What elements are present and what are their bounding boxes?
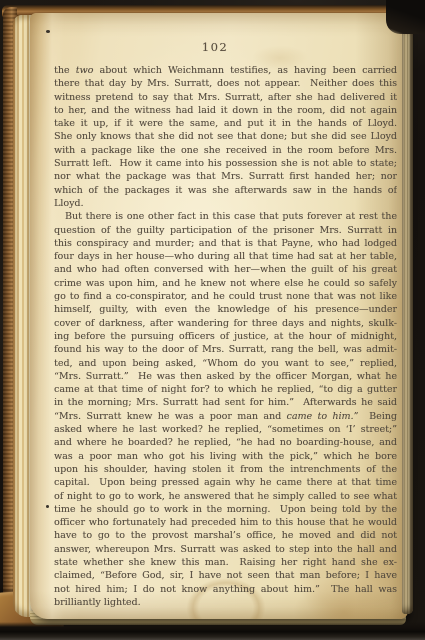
text-line: upon his shoulder, having stolen it from… bbox=[54, 463, 397, 476]
text-line: not hired him; I do not know anything ab… bbox=[54, 583, 397, 596]
book-cover-corner-top-right bbox=[386, 0, 425, 34]
page-number: 102 bbox=[30, 40, 400, 54]
text-line: crime was upon him, and he knew not wher… bbox=[54, 277, 397, 290]
text-line: there that day by Mrs. Surratt, does not… bbox=[54, 77, 397, 90]
text-line: “Mrs. Surratt.” He was then asked by the… bbox=[54, 370, 397, 383]
text-line: was a poor man who got his living with t… bbox=[54, 450, 397, 463]
text-line: and who had often conversed with her—whe… bbox=[54, 263, 397, 276]
text-line: and where he boarded? he replied, “he ha… bbox=[54, 436, 397, 449]
text-line: brilliantly lighted. bbox=[54, 596, 397, 609]
text-line: She only knows that she did not see that… bbox=[54, 130, 397, 143]
text-line: claimed, “Before God, sir, I have not se… bbox=[54, 569, 397, 582]
text-line: which of the packages it was she afterwa… bbox=[54, 184, 397, 197]
text-line: witness pretend to say that Mrs. Surratt… bbox=[54, 91, 397, 104]
page-edge-right bbox=[402, 26, 413, 614]
ink-speck bbox=[46, 505, 49, 508]
text-line: capital. Upon being pressed again why he… bbox=[54, 476, 397, 489]
text-line: cover of darkness, after wandering for t… bbox=[54, 317, 397, 330]
text-line: this conspiracy and murder; and that is … bbox=[54, 237, 397, 250]
text-line: came at that time of night for? to which… bbox=[54, 383, 397, 396]
text-line: of night to go to work, he answered that… bbox=[54, 490, 397, 503]
text-line: go to find a co-conspirator, and he coul… bbox=[54, 290, 397, 303]
text-line: have to go to the provost marshal’s offi… bbox=[54, 529, 397, 542]
text-line: in the morning; Mrs. Surratt had sent fo… bbox=[54, 396, 397, 409]
text-line: with a package like the one she received… bbox=[54, 144, 397, 157]
ink-speck bbox=[46, 30, 50, 33]
book-photo: 102 the two about which Weichmann testif… bbox=[0, 0, 425, 640]
text-line: answer, whereupon Mrs. Surratt was asked… bbox=[54, 543, 397, 556]
text-line: nor what the package was that Mrs. Surra… bbox=[54, 170, 397, 183]
text-line: the two about which Weichmann testifies,… bbox=[54, 64, 397, 77]
table-shadow-bottom bbox=[0, 622, 425, 640]
text-line: found his way to the door of Mrs. Surrat… bbox=[54, 343, 397, 356]
page-text: the two about which Weichmann testifies,… bbox=[54, 64, 397, 612]
text-line: state whether she knew this man. Raising… bbox=[54, 556, 397, 569]
text-line: himself, guilty, with even the knowledge… bbox=[54, 303, 397, 316]
text-line: Surratt left. How it came into his posse… bbox=[54, 157, 397, 170]
text-line: officer who fortunately had preceded him… bbox=[54, 516, 397, 529]
text-line: time he should go to work in the morning… bbox=[54, 503, 397, 516]
text-line: question of the guilty participation of … bbox=[54, 224, 397, 237]
text-line: “Mrs. Surratt knew he was a poor man and… bbox=[54, 410, 397, 423]
text-line: But there is one other fact in this case… bbox=[54, 210, 397, 223]
text-line: ing before the pursuing officers of just… bbox=[54, 330, 397, 343]
text-line: Lloyd. bbox=[54, 197, 397, 210]
text-line: ted, and upon being asked, “Whom do you … bbox=[54, 357, 397, 370]
text-line: asked where he last worked? he replied, … bbox=[54, 423, 397, 436]
text-line: to her, and the witness had laid it down… bbox=[54, 104, 397, 117]
text-line: take it up, if it were the same, and put… bbox=[54, 117, 397, 130]
text-line: four days in her house—who during all th… bbox=[54, 250, 397, 263]
